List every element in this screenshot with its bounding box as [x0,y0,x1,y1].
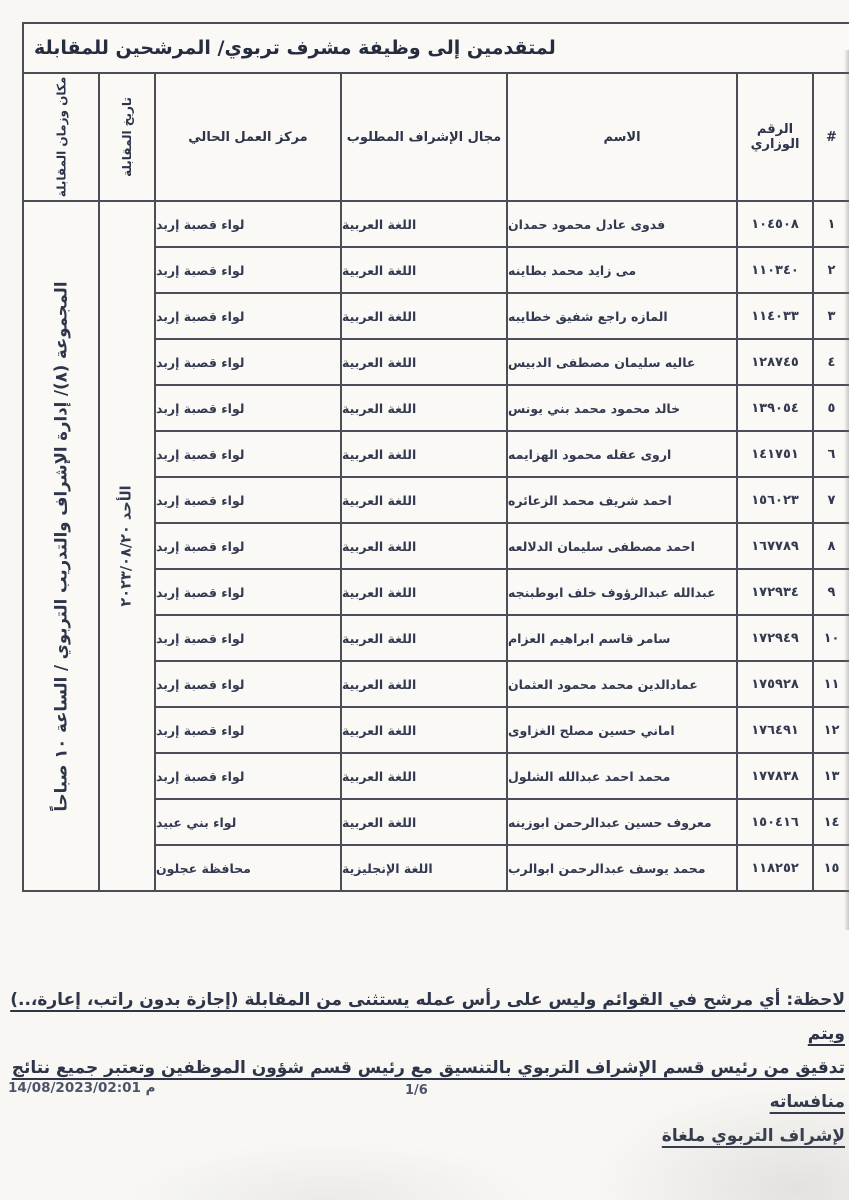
work-center-cell: لواء قصبة إربد [154,430,340,476]
work-center-cell: لواء بني عبيد [154,798,340,844]
supervision-field-cell: اللغة الإنجليزية [340,844,506,890]
work-center-cell: لواء قصبة إربد [154,706,340,752]
work-center-cell: لواء قصبة إربد [154,200,340,246]
name-cell: المازه راجع شفيق خطايبه [506,292,736,338]
supervision-field-cell: اللغة العربية [340,706,506,752]
interview-date-value: الأحد ٢٠٢٣/٠٨/٢٠ [119,485,135,606]
col-header-name: الاسم [506,72,736,200]
scan-smudge-bottom-right [589,1080,849,1200]
work-center-cell: لواء قصبة إربد [154,384,340,430]
col-header-ministry-number: الرقم الوزاري [736,72,812,200]
name-cell: مى زايد محمد بطاينه [506,246,736,292]
name-cell: احمد مصطفى سليمان الدلالعه [506,522,736,568]
ministry-number-cell: ١٣٩٠٥٤ [736,384,812,430]
name-cell: عاليه سليمان مصطفى الدبيس [506,338,736,384]
name-cell: محمد احمد عبدالله الشلول [506,752,736,798]
scanned-document-page: لمتقدمين إلى وظيفة مشرف تربوي/ المرشحين … [0,0,849,1200]
col-header-work-center: مركز العمل الحالي [154,72,340,200]
interview-place-time-value: المجموعة (٨)/ إدارة الإشراف والتدريب الت… [51,281,70,811]
supervision-field-cell: اللغة العربية [340,246,506,292]
supervision-field-cell: اللغة العربية [340,430,506,476]
supervision-field-cell: اللغة العربية [340,614,506,660]
print-timestamp: 14/08/2023/02:01 م [8,1080,156,1096]
col-header-interview-date: تاريخ المقابلة [98,72,154,200]
scan-smudge-bottom-middle [120,1140,540,1200]
work-center-cell: لواء قصبة إربد [154,246,340,292]
interview-date-cell: الأحد ٢٠٢٣/٠٨/٢٠ [98,200,154,890]
name-cell: احمد شريف محمد الزعائره [506,476,736,522]
ministry-number-cell: ١١٤٠٣٣ [736,292,812,338]
ministry-number-cell: ١١٨٢٥٢ [736,844,812,890]
page-number: 1/6 [405,1083,428,1098]
supervision-field-cell: اللغة العربية [340,200,506,246]
name-cell: عمادالدين محمد محمود العثمان [506,660,736,706]
work-center-cell: لواء قصبة إربد [154,752,340,798]
work-center-cell: لواء قصبة إربد [154,292,340,338]
supervision-field-cell: اللغة العربية [340,522,506,568]
footnote-line-1: لاحظة: أي مرشح في القوائم وليس على رأس ع… [7,983,845,1051]
name-cell: عبدالله عبدالرؤوف خلف ابوطبنجه [506,568,736,614]
ministry-number-cell: ١٧٢٩٤٩ [736,614,812,660]
name-cell: فدوى عادل محمود حمدان [506,200,736,246]
work-center-cell: لواء قصبة إربد [154,522,340,568]
ministry-number-cell: ١٧٢٩٣٤ [736,568,812,614]
name-cell: سامر قاسم ابراهيم العزام [506,614,736,660]
work-center-cell: محافظة عجلون [154,844,340,890]
ministry-number-cell: ١٧٥٩٢٨ [736,660,812,706]
ministry-number-cell: ١٧٧٨٣٨ [736,752,812,798]
work-center-cell: لواء قصبة إربد [154,338,340,384]
interview-place-time-cell: المجموعة (٨)/ إدارة الإشراف والتدريب الت… [24,200,98,890]
ministry-number-cell: ١١٠٣٤٠ [736,246,812,292]
interview-place-time-header-text: مكان وزمان المقابلة [54,77,68,198]
supervision-field-cell: اللغة العربية [340,568,506,614]
page-title: لمتقدمين إلى وظيفة مشرف تربوي/ المرشحين … [24,24,849,72]
work-center-cell: لواء قصبة إربد [154,476,340,522]
work-center-cell: لواء قصبة إربد [154,614,340,660]
supervision-field-cell: اللغة العربية [340,338,506,384]
candidates-table: لمتقدمين إلى وظيفة مشرف تربوي/ المرشحين … [22,22,849,892]
col-header-interview-place-time: مكان وزمان المقابلة [24,72,98,200]
work-center-cell: لواء قصبة إربد [154,660,340,706]
scan-edge-artifact [844,50,849,930]
supervision-field-cell: اللغة العربية [340,476,506,522]
ministry-number-cell: ١٥٠٤١٦ [736,798,812,844]
ministry-number-cell: ١٥٦٠٢٣ [736,476,812,522]
supervision-field-cell: اللغة العربية [340,384,506,430]
name-cell: اروى عقله محمود الهزايمه [506,430,736,476]
interview-date-header-text: تاريخ المقابلة [120,97,134,177]
supervision-field-cell: اللغة العربية [340,798,506,844]
ministry-number-cell: ١٧٦٤٩١ [736,706,812,752]
name-cell: اماني حسين مصلح الغزاوى [506,706,736,752]
name-cell: معروف حسين عبدالرحمن ابوزينه [506,798,736,844]
ministry-number-cell: ١٤١٧٥١ [736,430,812,476]
supervision-field-cell: اللغة العربية [340,660,506,706]
ministry-number-cell: ١٢٨٧٤٥ [736,338,812,384]
ministry-number-cell: ١٦٧٧٨٩ [736,522,812,568]
supervision-field-cell: اللغة العربية [340,292,506,338]
col-header-supervision-field: مجال الإشراف المطلوب [340,72,506,200]
supervision-field-cell: اللغة العربية [340,752,506,798]
name-cell: خالد محمود محمد بني يونس [506,384,736,430]
name-cell: محمد يوسف عبدالرحمن ابوالرب [506,844,736,890]
work-center-cell: لواء قصبة إربد [154,568,340,614]
ministry-number-cell: ١٠٤٥٠٨ [736,200,812,246]
